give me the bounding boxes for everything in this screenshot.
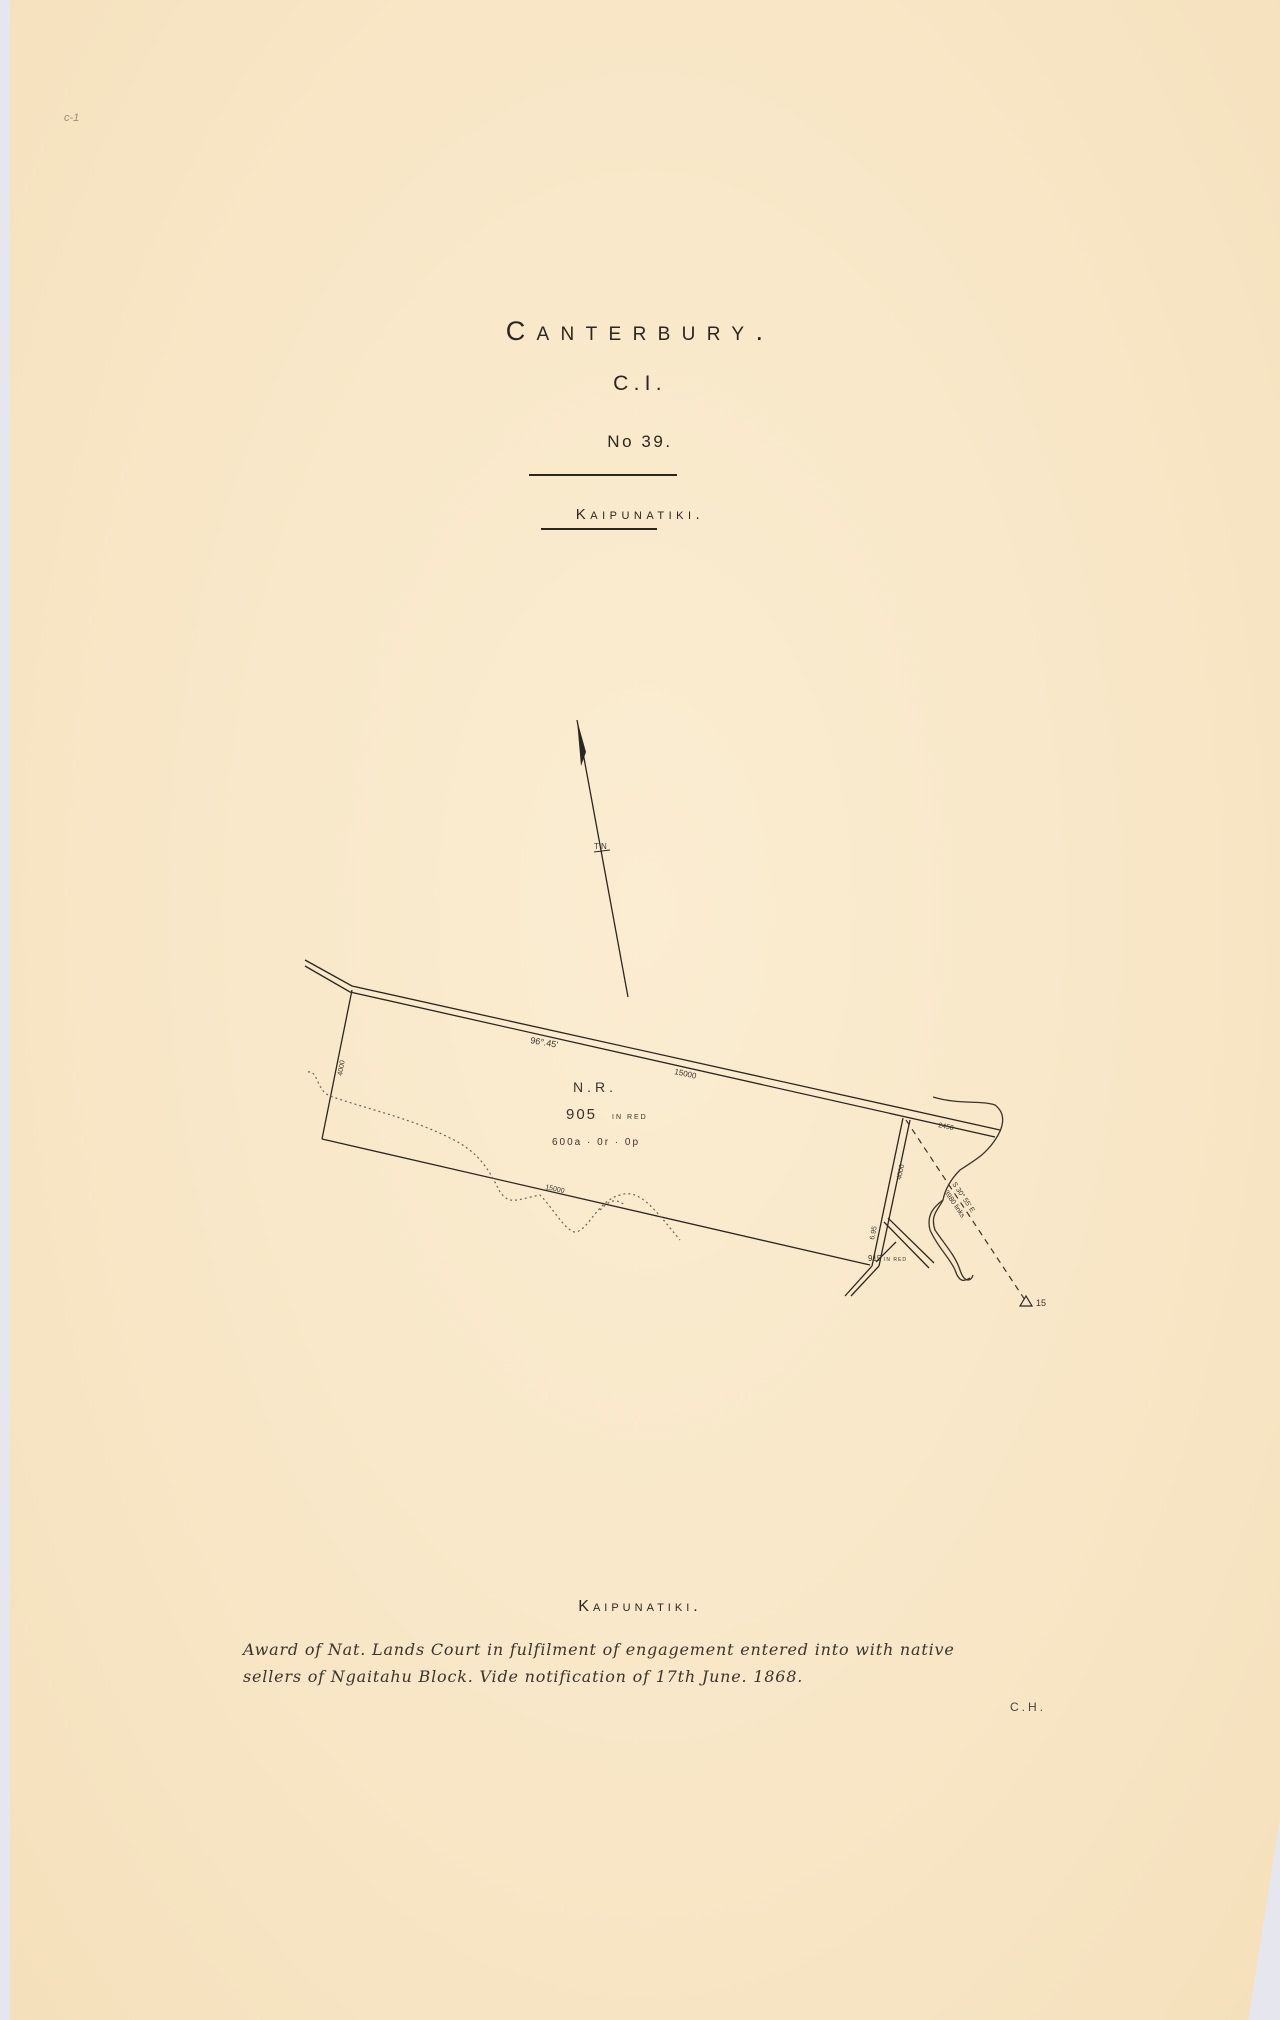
- survey-plan: T N 15 S 30° 55' E 3980 links 96°.45' 15…: [0, 0, 1280, 2020]
- trig-station-icon: [1020, 1296, 1032, 1306]
- bearing-top-label: 96°.45': [530, 1035, 559, 1050]
- trig-label: 15: [1036, 1298, 1046, 1308]
- length-east-label: 2450: [938, 1122, 955, 1132]
- caption-line-2: sellers of Ngaitahu Block. Vide notifica…: [243, 1663, 1003, 1690]
- award-caption: Award of Nat. Lands Court in fulfilment …: [243, 1636, 1003, 1690]
- road-top: [305, 960, 1000, 1137]
- reserve-number: 905: [566, 1106, 597, 1123]
- north-arrow-icon: T N: [577, 720, 628, 997]
- reserve-number-note: IN RED: [612, 1114, 648, 1121]
- length-right-label: 4000: [896, 1164, 906, 1181]
- trig-bearing-line: [906, 1120, 1025, 1300]
- reserve-label: N.R.: [573, 1079, 617, 1095]
- reserve-boundary: [322, 990, 870, 1265]
- length-bottom-label: 15000: [545, 1184, 566, 1195]
- stream-dotted: [308, 1072, 680, 1240]
- caption-line-1: Award of Nat. Lands Court in fulfilment …: [243, 1636, 1003, 1663]
- length-left-label: 4000: [337, 1060, 347, 1077]
- north-label: T N: [594, 842, 607, 851]
- block-name-footer: Kaipunatiki.: [0, 1598, 1280, 1616]
- reserve-area: 600a · 0r · 0p: [552, 1137, 640, 1148]
- adjacent-reserve-number: 915: [868, 1254, 882, 1263]
- adjacent-reserve-note: IN RED: [884, 1257, 907, 1263]
- road-east: [845, 1118, 934, 1296]
- surveyor-initials: C.H.: [1010, 1700, 1046, 1714]
